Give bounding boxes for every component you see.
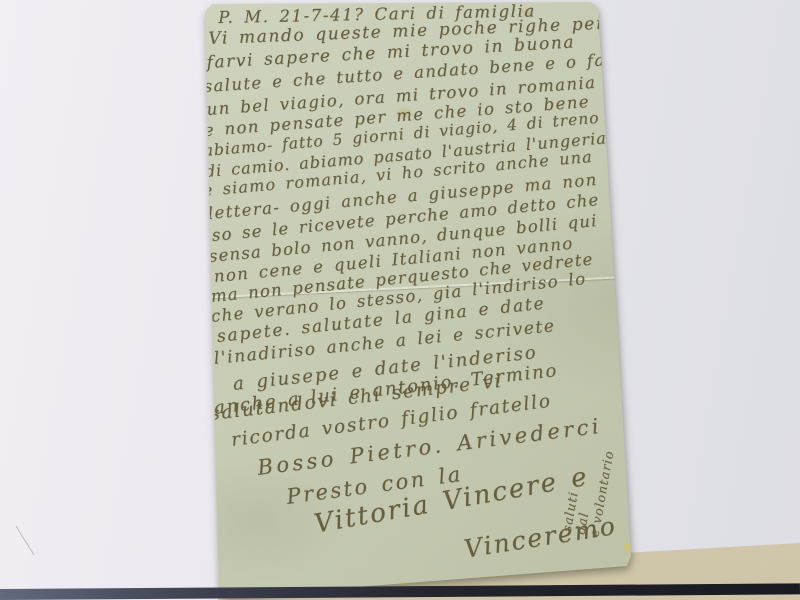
letter-text: P. M. 21-7-41? Cari di famigliaVi mando … xyxy=(0,0,800,600)
postcard-wrapper: P. M. 21-7-41? Cari di famigliaVi mando … xyxy=(0,0,800,600)
postcard: P. M. 21-7-41? Cari di famigliaVi mando … xyxy=(0,0,800,600)
photo-background: P. M. 21-7-41? Cari di famigliaVi mando … xyxy=(0,0,800,600)
